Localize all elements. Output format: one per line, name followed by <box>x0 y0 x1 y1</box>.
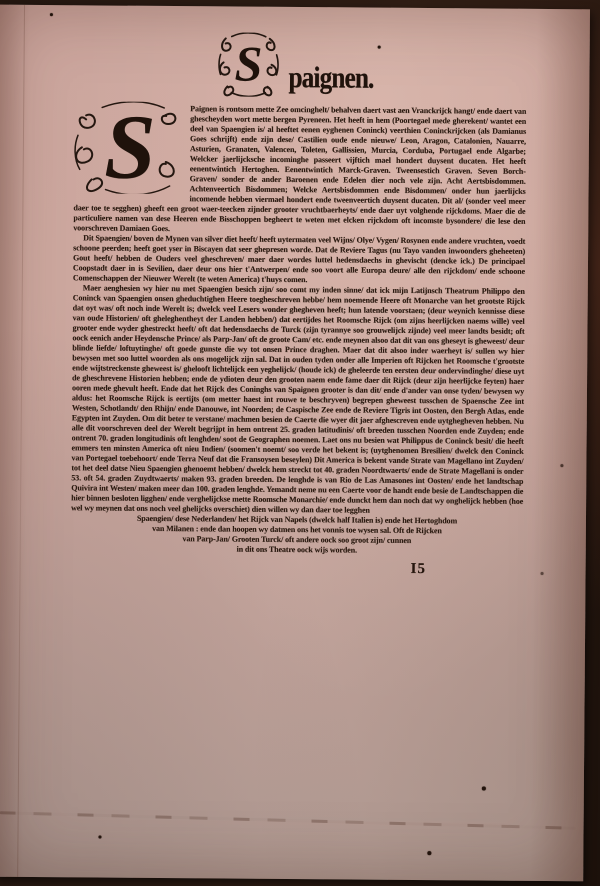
closing-taper: Spaengien/ dese Nederlanden/ het Rijck v… <box>71 513 523 557</box>
wormhole-speck <box>427 851 431 855</box>
wormhole-speck <box>482 786 486 790</box>
wormhole-speck <box>541 572 544 575</box>
ornamental-woodcut-initial-icon: S <box>217 32 280 96</box>
wormhole-speck <box>98 835 101 838</box>
paragraph-2: Dit Spaengien/ boven de Mynen van silver… <box>73 233 525 287</box>
paragraph-1: S Paignen is rontsom mette Zee omcinghel… <box>73 103 526 237</box>
text-column: S Paignen is rontsom mette Zee omcinghel… <box>71 103 527 575</box>
page-title: paignen. <box>288 63 373 98</box>
paragraph-3: Maer aenghesien wy hier nu met Spaengien… <box>71 283 525 517</box>
fold-line <box>17 5 25 877</box>
closing-line-4: in dit ons Theatre oock wijs worden. <box>71 543 523 557</box>
paragraph-2-text: Dit Spaengien/ boven de Mynen van silver… <box>73 233 525 284</box>
drop-cap-letter: S <box>104 101 156 194</box>
wormhole-speck <box>560 464 563 467</box>
drop-cap-initial-icon: S <box>72 101 185 194</box>
photo-backdrop: S paignen. S Paignen is rontsom mette Ze… <box>0 0 600 886</box>
page-header: S paignen. <box>217 32 390 97</box>
book-page: S paignen. S Paignen is rontsom mette Ze… <box>0 5 590 882</box>
title-initial-letter: S <box>234 36 262 92</box>
quire-signature: I5 <box>71 561 523 575</box>
crease-line <box>0 811 576 830</box>
wormhole-speck <box>50 13 53 16</box>
paragraph-3-text: Maer aenghesien wy hier nu met Spaengien… <box>71 283 525 514</box>
